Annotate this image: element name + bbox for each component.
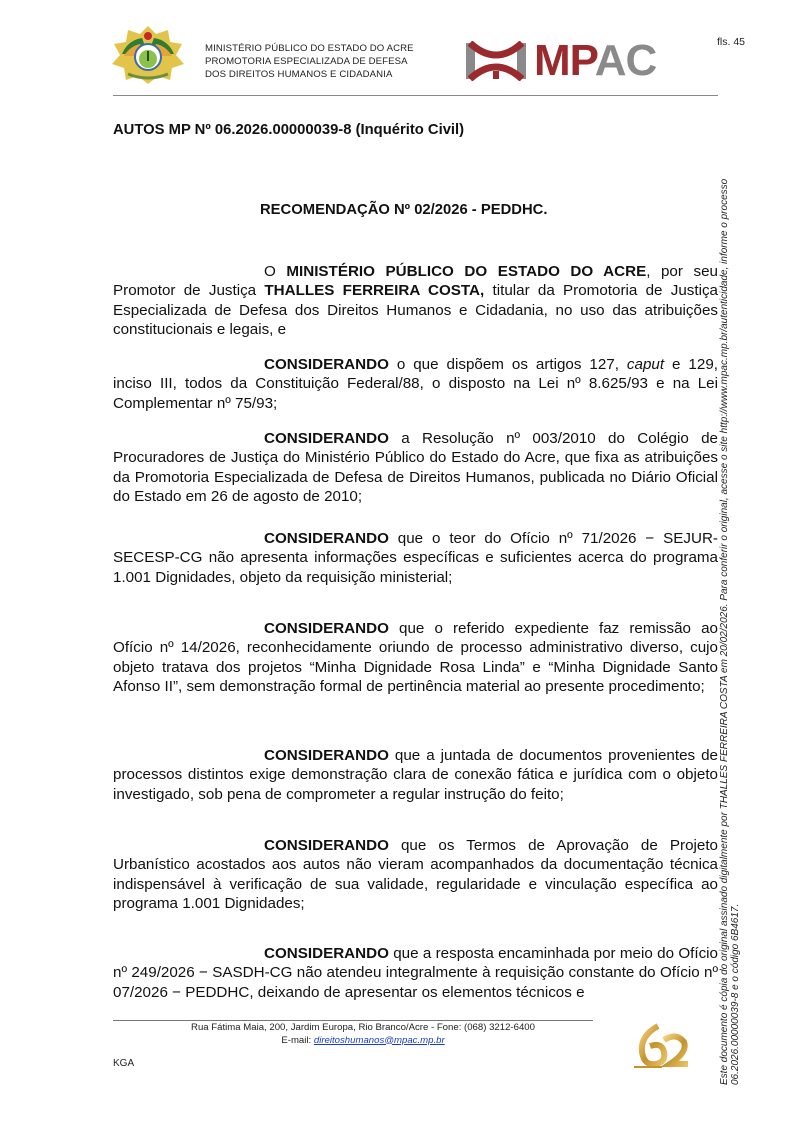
considerando-paragraph: CONSIDERANDO que o referido expediente f… (113, 619, 718, 697)
anniversary-62-badge-icon (632, 1022, 694, 1074)
page-reference: fls. 45 (717, 36, 745, 48)
considerando-paragraph: CONSIDERANDO que os Termos de Aprovação … (113, 836, 718, 914)
email-link[interactable]: direitoshumanos@mpac.mp.br (314, 1035, 445, 1046)
considerando-paragraph: CONSIDERANDO que a juntada de documentos… (113, 746, 718, 804)
footer-divider (113, 1020, 593, 1021)
considerando-paragraph: CONSIDERANDO que a resposta encaminhada … (113, 944, 718, 1002)
coat-of-arms-icon (108, 24, 188, 86)
institution-line: DOS DIREITOS HUMANOS E CIDADANIA (205, 68, 414, 81)
header-divider (113, 95, 718, 96)
authentication-stamp: Este documento é cópia do original assin… (719, 95, 741, 1085)
stamp-line: 06.2026.00000039-8 e o código 6B4617. (730, 95, 741, 1085)
intro-paragraph: O MINISTÉRIO PÚBLICO DO ESTADO DO ACRE, … (113, 262, 718, 340)
email-line: E-mail: direitoshumanos@mpac.mp.br (113, 1035, 613, 1048)
author-initials: KGA (113, 1058, 134, 1069)
mpac-mark-icon (466, 41, 526, 81)
mpac-wordmark: MPAC (534, 40, 656, 82)
institution-line: MINISTÉRIO PÚBLICO DO ESTADO DO ACRE (205, 42, 414, 55)
address-line: Rua Fátima Maia, 200, Jardim Europa, Rio… (113, 1022, 613, 1035)
stamp-line: Este documento é cópia do original assin… (719, 95, 730, 1085)
institution-name: MINISTÉRIO PÚBLICO DO ESTADO DO ACRE PRO… (205, 42, 414, 81)
considerando-paragraph: CONSIDERANDO o que dispõem os artigos 12… (113, 355, 718, 413)
considerando-paragraph: CONSIDERANDO a Resolução nº 003/2010 do … (113, 429, 718, 507)
institution-line: PROMOTORIA ESPECIALIZADA DE DEFESA (205, 55, 414, 68)
footer-address: Rua Fátima Maia, 200, Jardim Europa, Rio… (113, 1022, 613, 1047)
mpac-logo: MPAC (466, 40, 656, 82)
document-title: RECOMENDAÇÃO Nº 02/2026 - PEDDHC. (260, 202, 547, 218)
case-number: AUTOS MP Nº 06.2026.00000039-8 (Inquérit… (113, 122, 464, 138)
considerando-paragraph: CONSIDERANDO que o teor do Ofício nº 71/… (113, 529, 718, 587)
